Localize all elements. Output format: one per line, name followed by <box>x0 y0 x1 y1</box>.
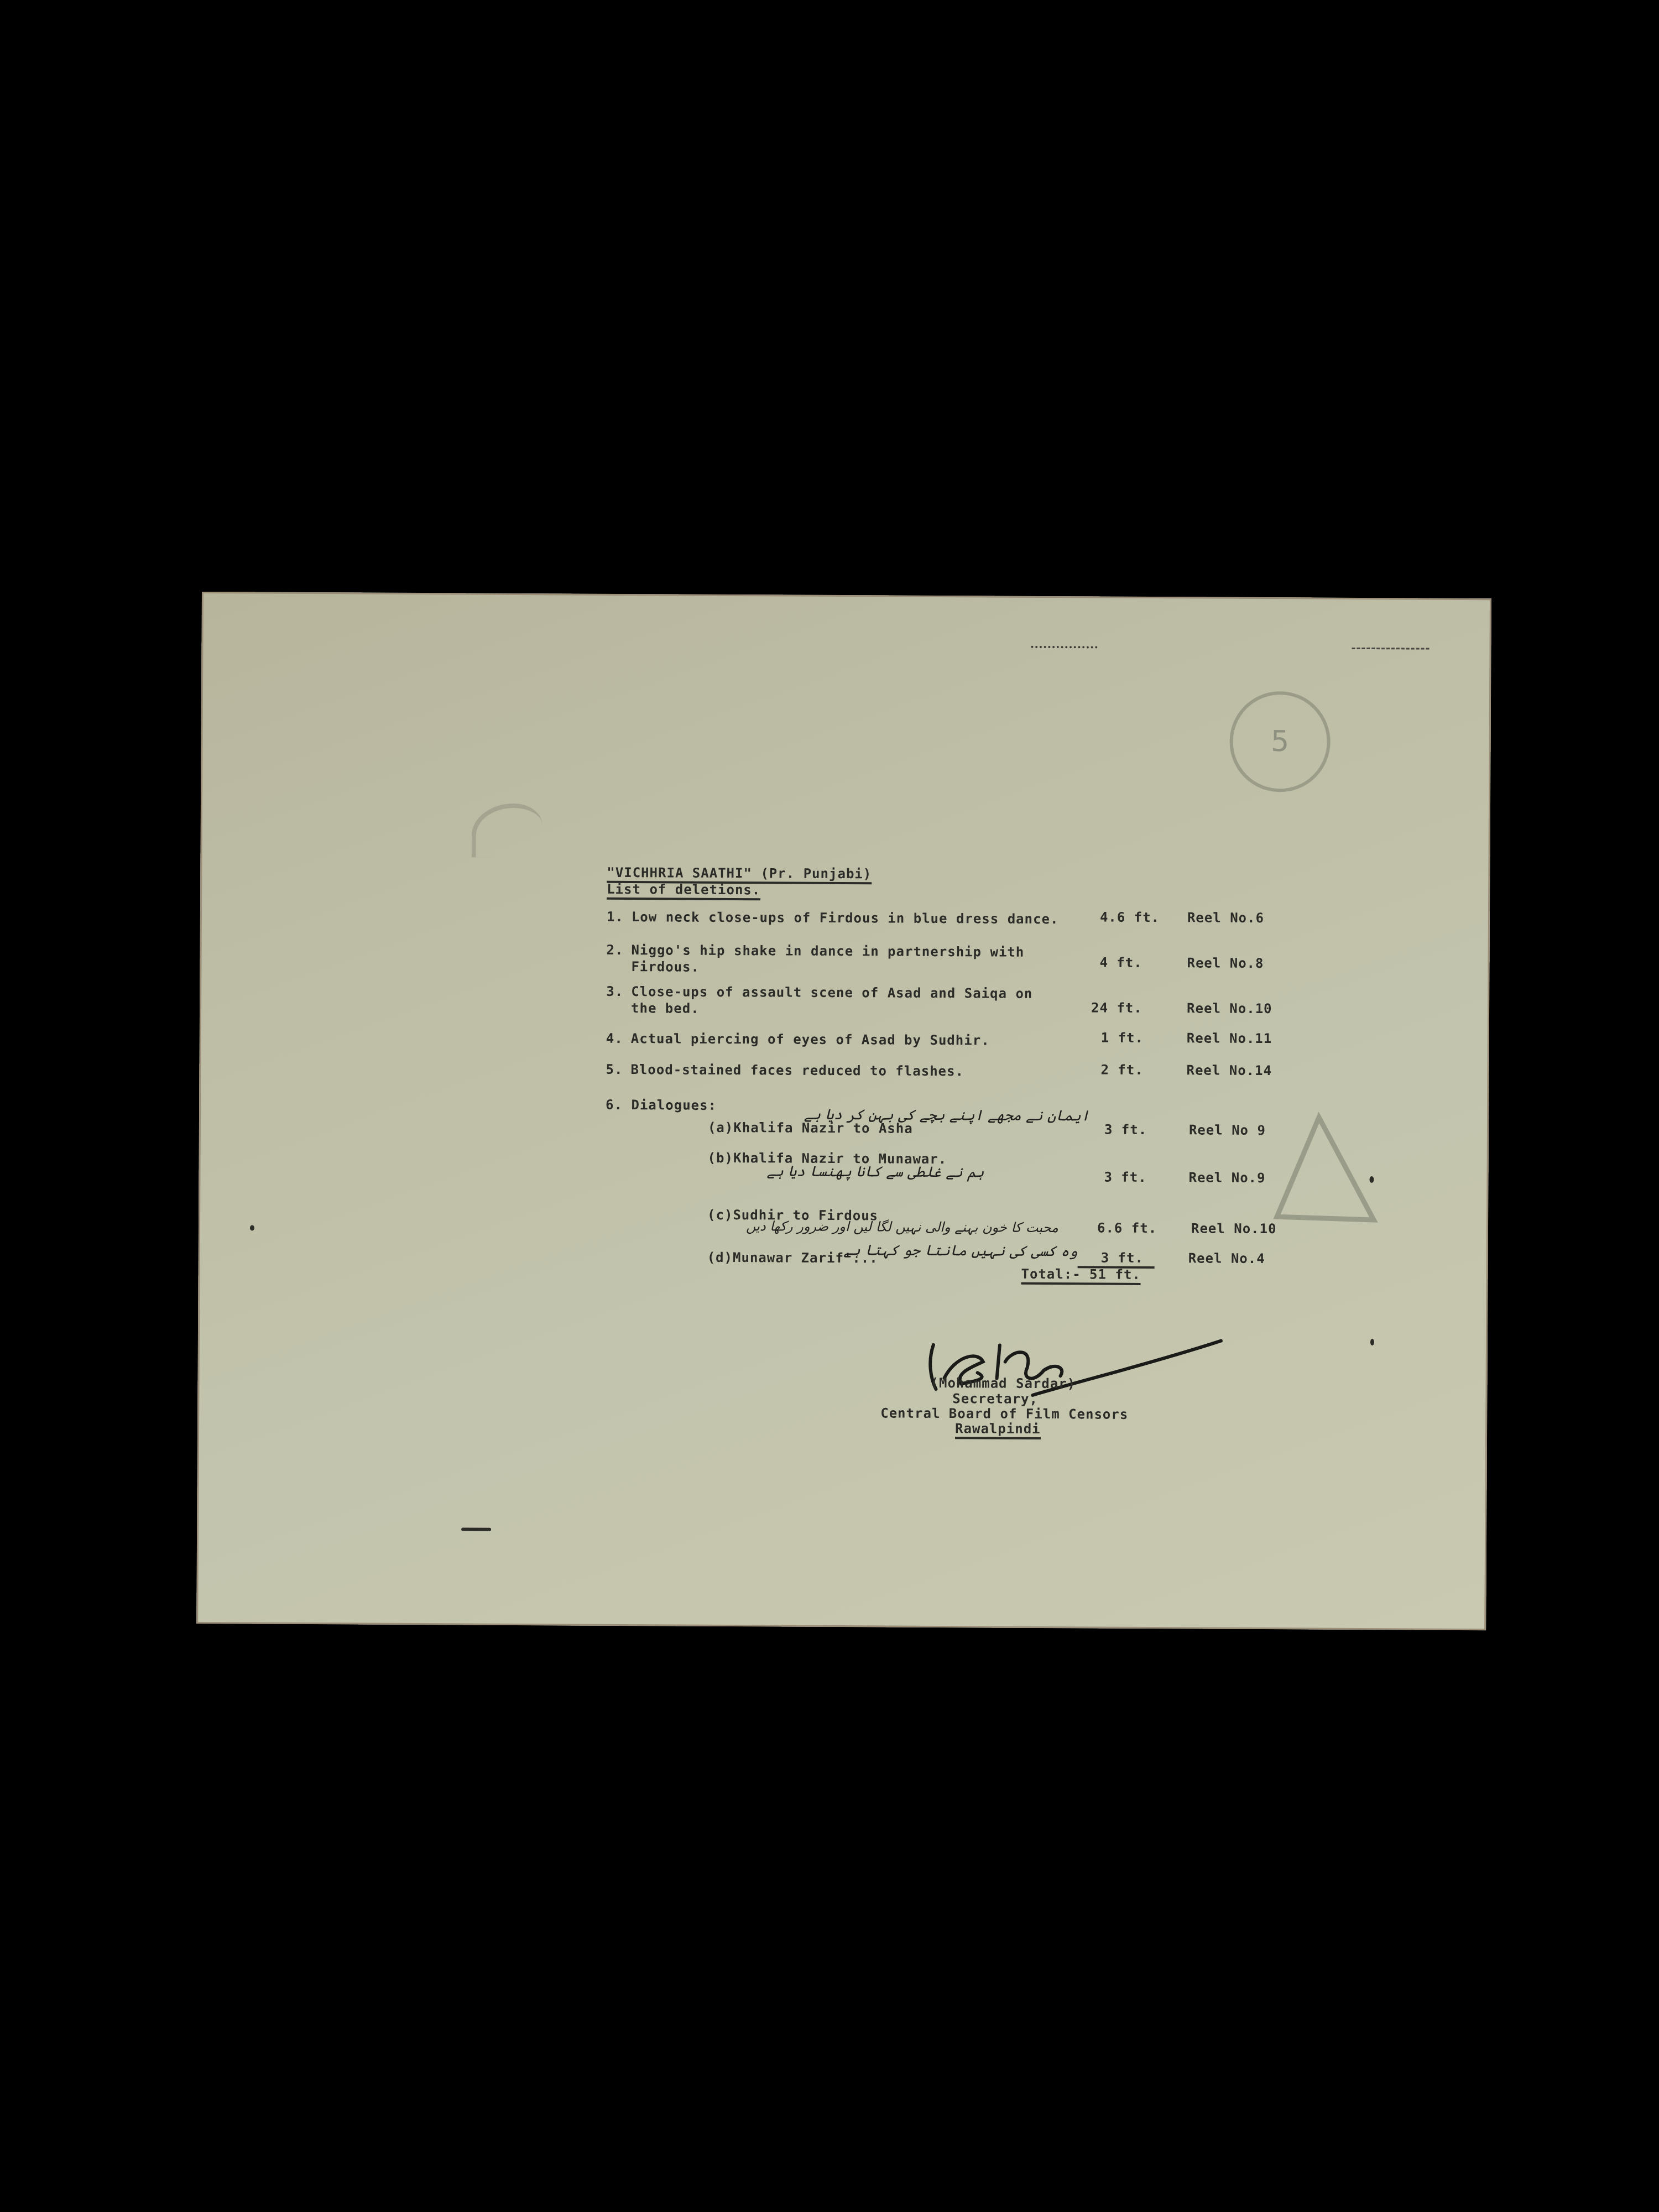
deletion-reel: Reel No.8 <box>1187 955 1264 971</box>
dialogue-row-c: (c)Sudhir to Firdous محبت کا خون بہنے وا… <box>202 592 1491 598</box>
deletion-reel: Reel No.14 <box>1186 1062 1272 1078</box>
deletion-text: Close-ups of assault scene of Asad and S… <box>631 984 1032 1001</box>
deletion-length: 1 ft. <box>1101 1030 1144 1046</box>
deletion-reel: Reel No.11 <box>1187 1030 1272 1046</box>
deletion-length: 24 ft. <box>1091 1000 1142 1015</box>
dialogue-urdu: ایمان نے مجھے اپنے بچے کی بہن کر دیا ہے <box>924 1107 1089 1125</box>
total-footage: Total:- 51 ft. <box>1021 1266 1140 1282</box>
deletion-number: 5. <box>606 1062 623 1077</box>
dialogue-row-b: (b)Khalifa Nazir to Munawar. ہم نے غلطی … <box>202 592 1491 598</box>
dialogue-length: 3 ft. <box>1104 1170 1146 1185</box>
ink-dot <box>1369 1176 1374 1183</box>
dialogue-reel: Reel No 9 <box>1189 1122 1266 1138</box>
signatory-organization: Central Board of Film Censors <box>880 1405 1128 1422</box>
deletion-text-cont: Firdous. <box>631 959 700 975</box>
deletion-reel: Reel No.6 <box>1187 910 1264 926</box>
signatory-name: (Mohammad Sardar) <box>930 1375 1076 1391</box>
ink-dash <box>461 1527 491 1531</box>
deletion-text: Actual piercing of eyes of Asad by Sudhi… <box>631 1031 990 1048</box>
stamp-circle: 5 <box>1229 691 1331 792</box>
dialogue-urdu: ہم نے غلطی سے کانا پھنسا دیا ہے <box>752 1163 984 1181</box>
dialogue-length: 3 ft. <box>1104 1122 1147 1138</box>
deletion-row-2: 2. Niggo's hip shake in dance in partner… <box>202 592 1491 598</box>
ink-dot <box>250 1225 254 1230</box>
bleed-through-mark <box>471 804 542 858</box>
deletion-row-1: 1. Low neck close-ups of Firdous in blue… <box>202 592 1491 598</box>
dialogue-length: 3 ft. <box>1078 1250 1155 1269</box>
dialogues-heading: 6. Dialogues: <box>606 1097 717 1113</box>
deletion-number: 1. <box>607 909 624 925</box>
stray-marks <box>1352 648 1429 652</box>
deletion-text: Blood-stained faces reduced to flashes. <box>630 1062 964 1079</box>
deletion-text: Niggo's hip shake in dance in partnershi… <box>632 942 1025 960</box>
signatory-position: Secretary, <box>952 1391 1038 1407</box>
triangle-mark <box>1271 1112 1383 1234</box>
dialogue-urdu: وہ کسی کی نہیں مانتا جو کہتا ہے <box>890 1243 1078 1260</box>
document-subtitle: List of deletions. <box>607 881 760 900</box>
deletion-row-4: 4. Actual piercing of eyes of Asad by Su… <box>202 592 1491 598</box>
deletion-length: 4 ft. <box>1099 955 1142 971</box>
dialogue-row-a: (a)Khalifa Nazir to Asha ایمان نے مجھے ا… <box>202 592 1491 598</box>
signatory-city: Rawalpindi <box>955 1421 1041 1439</box>
total-label: Total:- 51 ft. <box>1021 1266 1140 1285</box>
stamp-number: 5 <box>1271 725 1289 758</box>
dialogue-urdu: محبت کا خون بہنے والی نہیں لگا لیں اور ض… <box>716 1218 1058 1235</box>
deletion-length: 2 ft. <box>1100 1062 1143 1078</box>
deletion-row-3: 3. Close-ups of assault scene of Asad an… <box>202 592 1491 598</box>
deletion-length: 4.6 ft. <box>1100 910 1160 926</box>
deletion-text: Low neck close-ups of Firdous in blue dr… <box>632 909 1059 927</box>
dialogue-length: 6.6 ft. <box>1097 1220 1157 1236</box>
dialogue-reel: Reel No.10 <box>1191 1220 1277 1237</box>
deletion-number: 4. <box>606 1031 623 1046</box>
deletion-row-5: 5. Blood-stained faces reduced to flashe… <box>202 592 1491 598</box>
deletion-reel: Reel No.10 <box>1187 1000 1272 1016</box>
dialogue-row-d: (d)Munawar Zarif'... وہ کسی کی نہیں مانت… <box>202 592 1491 598</box>
deletion-number: 2. <box>607 942 624 958</box>
stray-marks <box>1031 646 1097 656</box>
deletion-text-cont: the bed. <box>631 1000 700 1016</box>
dialogue-reel: Reel No.4 <box>1188 1250 1265 1266</box>
dialogue-reel: Reel No.9 <box>1188 1170 1265 1186</box>
deletion-number: 3. <box>606 984 623 999</box>
document-paper: 5 "VICHHRIA SAATHI" (Pr. Punjabi) List o… <box>196 592 1491 1630</box>
ink-dot <box>1370 1339 1374 1345</box>
